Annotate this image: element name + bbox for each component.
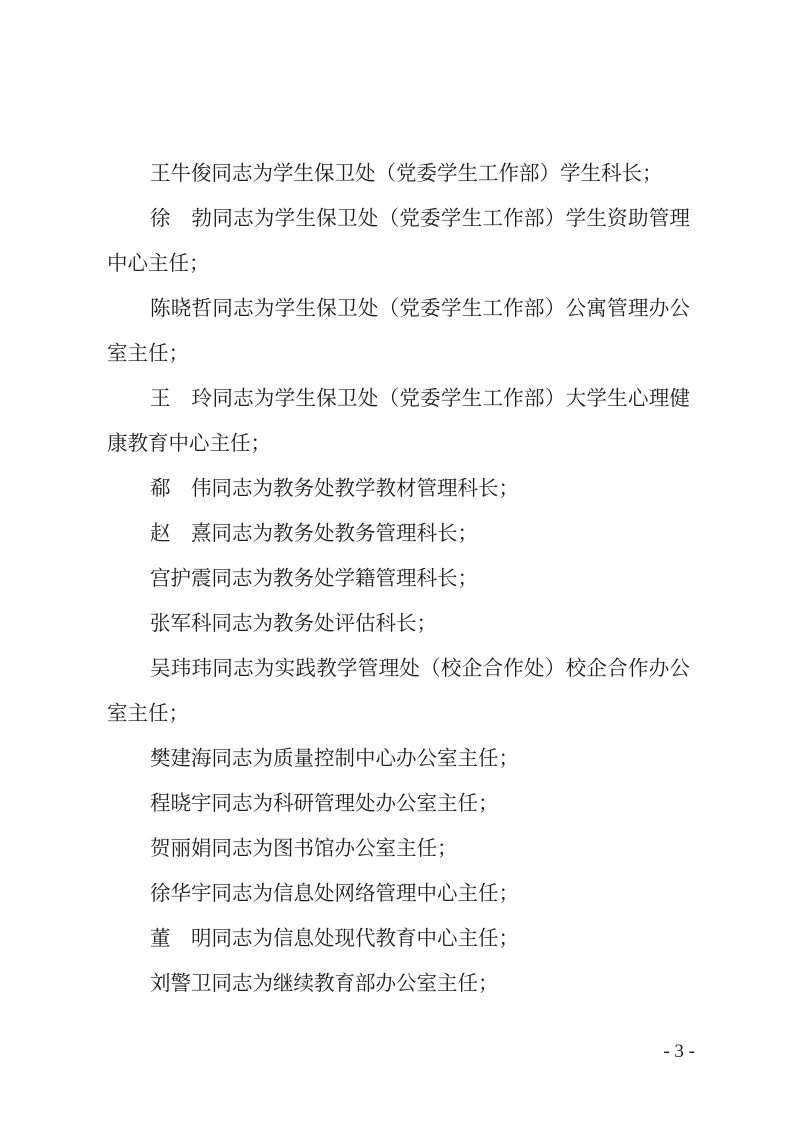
- body-paragraph: 程晓宇同志为科研管理处办公室主任；: [107, 782, 690, 827]
- document-page: 王牛俊同志为学生保卫处（党委学生工作部）学生科长； 徐 勃同志为学生保卫处（党委…: [0, 0, 793, 1122]
- body-paragraph: 王 玲同志为学生保卫处（党委学生工作部）大学生心理健康教育中心主任；: [107, 377, 690, 467]
- body-paragraph: 陈晓哲同志为学生保卫处（党委学生工作部）公寓管理办公室主任；: [107, 287, 690, 377]
- page-number: - 3 -: [663, 1041, 695, 1063]
- body-paragraph: 赵 熹同志为教务处教务管理科长；: [107, 512, 690, 557]
- body-paragraph: 郗 伟同志为教务处教学教材管理科长；: [107, 467, 690, 512]
- body-paragraph: 徐华宇同志为信息处网络管理中心主任；: [107, 872, 690, 917]
- body-paragraph: 樊建海同志为质量控制中心办公室主任；: [107, 737, 690, 782]
- body-paragraph: 贺丽娟同志为图书馆办公室主任；: [107, 827, 690, 872]
- body-paragraph: 刘警卫同志为继续教育部办公室主任；: [107, 962, 690, 1007]
- body-paragraph: 吴玮玮同志为实践教学管理处（校企合作处）校企合作办公室主任；: [107, 647, 690, 737]
- body-paragraph: 王牛俊同志为学生保卫处（党委学生工作部）学生科长；: [107, 152, 690, 197]
- document-body: 王牛俊同志为学生保卫处（党委学生工作部）学生科长； 徐 勃同志为学生保卫处（党委…: [107, 152, 690, 1007]
- body-paragraph: 宫护震同志为教务处学籍管理科长；: [107, 557, 690, 602]
- body-paragraph: 董 明同志为信息处现代教育中心主任；: [107, 917, 690, 962]
- body-paragraph: 张军科同志为教务处评估科长；: [107, 602, 690, 647]
- body-paragraph: 徐 勃同志为学生保卫处（党委学生工作部）学生资助管理中心主任；: [107, 197, 690, 287]
